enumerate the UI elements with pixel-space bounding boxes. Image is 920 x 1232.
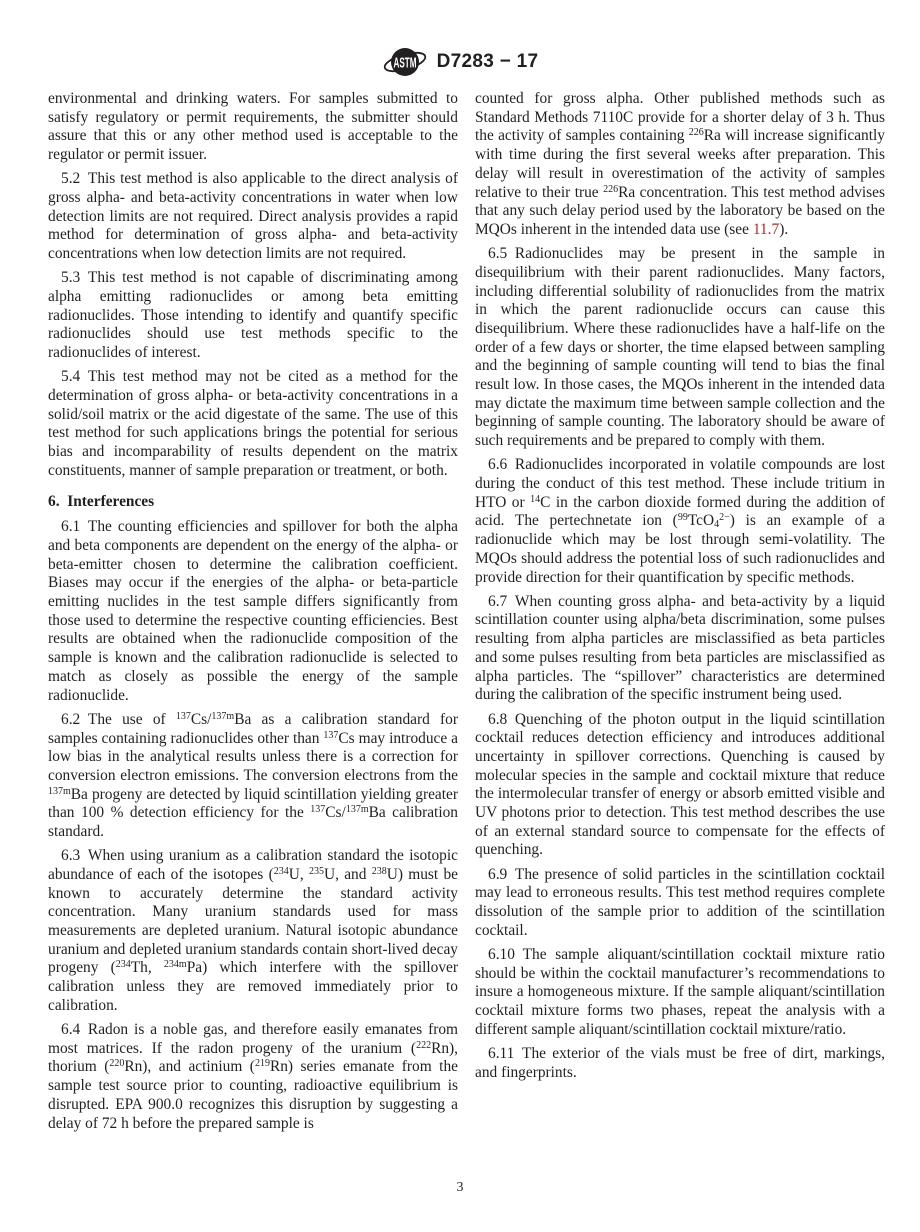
page-footer: 3 <box>0 1180 920 1196</box>
paragraph-5-1-continued: environmental and drinking waters. For s… <box>48 90 458 165</box>
paragraph-6-2: 6.2 The use of 137Cs/137mBa as a calibra… <box>48 711 458 842</box>
paragraph-6-10: 6.10 The sample aliquant/scintillation c… <box>475 946 885 1040</box>
paragraph-6-1: 6.1 The counting efficiencies and spillo… <box>48 518 458 705</box>
standard-designation: D7283 − 17 <box>437 51 539 73</box>
body-columns: environmental and drinking waters. For s… <box>48 90 885 1139</box>
paragraph-6-5: 6.5 Radionuclides may be present in the … <box>475 245 885 451</box>
left-column: environmental and drinking waters. For s… <box>48 90 458 1139</box>
paragraph-6-6: 6.6 Radionuclides incorporated in volati… <box>475 456 885 587</box>
paragraph-5-3: 5.3 This test method is not capable of d… <box>48 269 458 363</box>
paragraph-6-7: 6.7 When counting gross alpha- and beta-… <box>475 593 885 705</box>
section-heading-interferences: 6. Interferences <box>48 493 458 512</box>
page-number: 3 <box>457 1180 464 1195</box>
paragraph-6-9: 6.9 The presence of solid particles in t… <box>475 866 885 941</box>
document-page: ASTM D7283 − 17 environmental and drinki… <box>0 0 920 1232</box>
paragraph-6-8: 6.8 Quenching of the photon output in th… <box>475 711 885 861</box>
crossref-link[interactable]: 11.7 <box>753 221 779 238</box>
right-column: counted for gross alpha. Other published… <box>475 90 885 1139</box>
paragraph-5-4: 5.4 This test method may not be cited as… <box>48 368 458 480</box>
paragraph-6-4-continued: counted for gross alpha. Other published… <box>475 90 885 240</box>
paragraph-6-4: 6.4 Radon is a noble gas, and therefore … <box>48 1021 458 1133</box>
paragraph-5-2: 5.2 This test method is also applicable … <box>48 170 458 264</box>
astm-logo-icon: ASTM <box>382 42 428 82</box>
svg-text:ASTM: ASTM <box>393 55 416 72</box>
paragraph-6-11: 6.11 The exterior of the vials must be f… <box>475 1045 885 1082</box>
page-header: ASTM D7283 − 17 <box>0 42 920 82</box>
paragraph-6-3: 6.3 When using uranium as a calibration … <box>48 847 458 1015</box>
